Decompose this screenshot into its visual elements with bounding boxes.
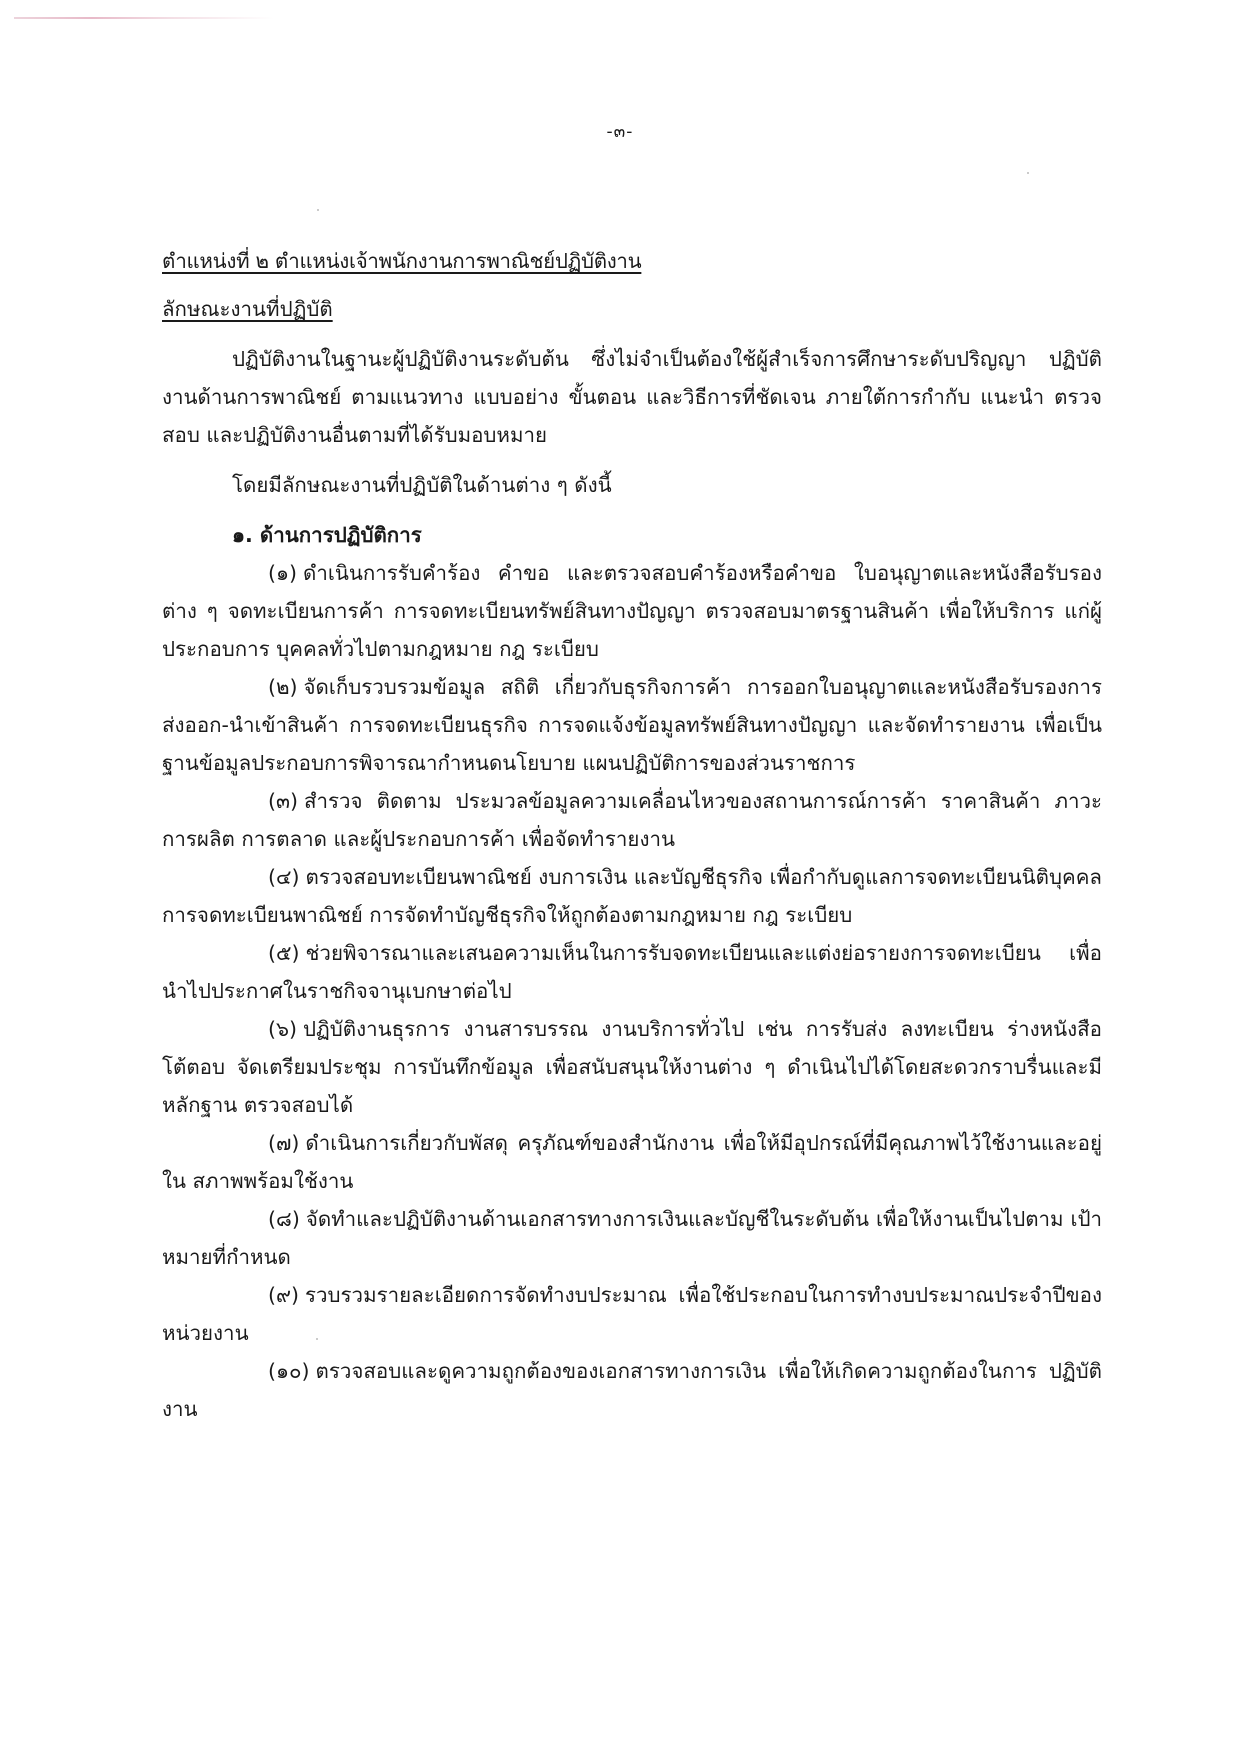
- item-number: (๑๐): [268, 1359, 310, 1383]
- item-text: จัดเก็บรวบรวมข้อมูล สถิติ เกี่ยวกับธุรกิ…: [162, 675, 1102, 775]
- list-item: (๘)จัดทำและปฏิบัติงานด้านเอกสารทางการเงิ…: [162, 1200, 1102, 1276]
- lead-paragraph: โดยมีลักษณะงานที่ปฏิบัติในด้านต่าง ๆ ดัง…: [162, 466, 1102, 504]
- scan-speck: [1027, 172, 1029, 174]
- item-text: ดำเนินการรับคำร้อง คำขอ และตรวจสอบคำร้อง…: [162, 561, 1102, 661]
- item-text: สำรวจ ติดตาม ประมวลข้อมูลความเคลื่อนไหวข…: [162, 789, 1102, 851]
- item-number: (๑): [268, 561, 297, 585]
- list-item: (๒)จัดเก็บรวบรวมข้อมูล สถิติ เกี่ยวกับธุ…: [162, 668, 1102, 782]
- position-heading: ตำแหน่งที่ ๒ ตำแหน่งเจ้าพนักงานการพาณิชย…: [162, 242, 1102, 280]
- intro-paragraph: ปฏิบัติงานในฐานะผู้ปฏิบัติงานระดับต้น ซึ…: [162, 340, 1102, 454]
- document-body: ตำแหน่งที่ ๒ ตำแหน่งเจ้าพนักงานการพาณิชย…: [162, 242, 1102, 1428]
- item-text: ตรวจสอบทะเบียนพาณิชย์ งบการเงิน และบัญชี…: [162, 865, 1102, 927]
- item-text: ดำเนินการเกี่ยวกับพัสดุ ครุภัณฑ์ของสำนัก…: [162, 1131, 1102, 1193]
- scan-artifact-mark: [14, 17, 274, 19]
- scan-speck: [317, 209, 319, 211]
- item-number: (๘): [268, 1207, 300, 1231]
- list-item: (๗)ดำเนินการเกี่ยวกับพัสดุ ครุภัณฑ์ของสำ…: [162, 1124, 1102, 1200]
- item-text: รวบรวมรายละเอียดการจัดทำงบประมาณ เพื่อใช…: [162, 1283, 1102, 1345]
- list-item: (๕)ช่วยพิจารณาและเสนอความเห็นในการรับจดท…: [162, 934, 1102, 1010]
- item-number: (๒): [268, 675, 298, 699]
- item-number: (๗): [268, 1131, 299, 1155]
- section-title: ๑. ด้านการปฏิบัติการ: [162, 516, 1102, 554]
- page-number: -๓-: [0, 118, 1240, 145]
- item-text: ช่วยพิจารณาและเสนอความเห็นในการรับจดทะเบ…: [162, 941, 1102, 1003]
- list-item: (๑๐)ตรวจสอบและดูความถูกต้องของเอกสารทางก…: [162, 1352, 1102, 1428]
- list-item: (๔)ตรวจสอบทะเบียนพาณิชย์ งบการเงิน และบั…: [162, 858, 1102, 934]
- item-number: (๕): [268, 941, 300, 965]
- item-number: (๙): [268, 1283, 299, 1307]
- list-item: (๙)รวบรวมรายละเอียดการจัดทำงบประมาณ เพื่…: [162, 1276, 1102, 1352]
- item-text: ปฏิบัติงานธุรการ งานสารบรรณ งานบริการทั่…: [162, 1017, 1102, 1117]
- section-operations: ๑. ด้านการปฏิบัติการ (๑)ดำเนินการรับคำร้…: [162, 516, 1102, 1428]
- list-item: (๖)ปฏิบัติงานธุรการ งานสารบรรณ งานบริการ…: [162, 1010, 1102, 1124]
- item-number: (๔): [268, 865, 300, 889]
- list-item: (๓)สำรวจ ติดตาม ประมวลข้อมูลความเคลื่อนไ…: [162, 782, 1102, 858]
- item-number: (๖): [268, 1017, 297, 1041]
- item-text: จัดทำและปฏิบัติงานด้านเอกสารทางการเงินแล…: [162, 1207, 1102, 1269]
- item-number: (๓): [268, 789, 298, 813]
- list-item: (๑)ดำเนินการรับคำร้อง คำขอ และตรวจสอบคำร…: [162, 554, 1102, 668]
- job-nature-heading: ลักษณะงานที่ปฏิบัติ: [162, 290, 1102, 328]
